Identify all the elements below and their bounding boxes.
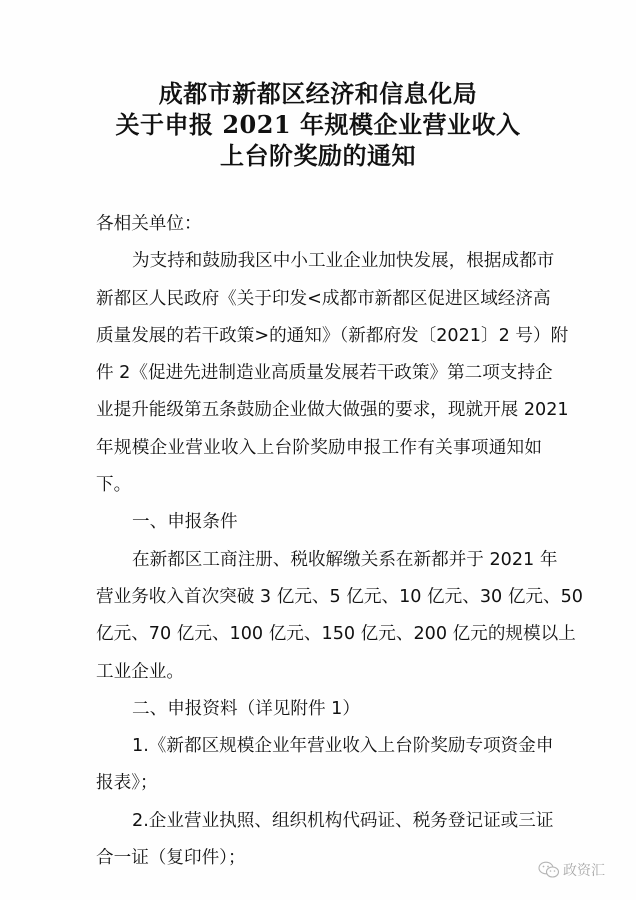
materials-line: 报表》； <box>96 765 542 802</box>
title-line-2: 关于申报 2021 年规模企业营业收入 <box>0 109 636 140</box>
intro-line: 新都区人民政府《关于印发<成都市新都区促进区域经济高 <box>96 281 542 318</box>
materials-item-1: 1.《新都区规模企业年营业收入上台阶奖励专项资金申 报表》； <box>96 728 542 803</box>
watermark: 政资汇 <box>538 860 605 880</box>
conditions-line: 亿元、70 亿元、100 亿元、150 亿元、200 亿元的规模以上 <box>96 616 542 653</box>
document-title: 成都市新都区经济和信息化局 关于申报 2021 年规模企业营业收入 上台阶奖励的… <box>0 78 636 171</box>
conditions-paragraph: 在新都区工商注册、税收解缴关系在新都并于 2021 年 营业务收入首次突破 3 … <box>96 542 542 691</box>
conditions-line: 在新都区工商注册、税收解缴关系在新都并于 2021 年 <box>96 542 542 579</box>
section-heading-materials: 二、申报资料（详见附件 1） <box>96 691 542 728</box>
intro-line: 为支持和鼓励我区中小工业企业加快发展，根据成都市 <box>96 243 542 280</box>
salutation: 各相关单位： <box>96 206 542 243</box>
materials-line: 1.《新都区规模企业年营业收入上台阶奖励专项资金申 <box>96 728 542 765</box>
intro-line: 业提升能级第五条鼓励企业做大做强的要求，现就开展 2021 <box>96 392 542 429</box>
intro-line: 件 2《促进先进制造业高质量发展若干政策》第二项支持企 <box>96 355 542 392</box>
intro-line: 下。 <box>96 467 542 504</box>
materials-item-2: 2.企业营业执照、组织机构代码证、税务登记证或三证 合一证（复印件）； <box>96 803 542 878</box>
materials-line: 合一证（复印件）； <box>96 840 542 877</box>
wechat-icon <box>538 861 560 879</box>
title-line-3: 上台阶奖励的通知 <box>0 140 636 171</box>
materials-line: 2.企业营业执照、组织机构代码证、税务登记证或三证 <box>96 803 542 840</box>
intro-line: 质量发展的若干政策>的通知》（新都府发〔2021〕2 号）附 <box>96 318 542 355</box>
title-line-1: 成都市新都区经济和信息化局 <box>0 78 636 109</box>
document-body: 各相关单位： 为支持和鼓励我区中小工业企业加快发展，根据成都市 新都区人民政府《… <box>96 206 542 877</box>
watermark-label: 政资汇 <box>563 860 605 880</box>
section-heading-conditions: 一、申报条件 <box>96 504 542 541</box>
intro-paragraph: 为支持和鼓励我区中小工业企业加快发展，根据成都市 新都区人民政府《关于印发<成都… <box>96 243 542 504</box>
conditions-line: 营业务收入首次突破 3 亿元、5 亿元、10 亿元、30 亿元、50 <box>96 579 542 616</box>
conditions-line: 工业企业。 <box>96 654 542 691</box>
intro-line: 年规模企业营业收入上台阶奖励申报工作有关事项通知如 <box>96 430 542 467</box>
